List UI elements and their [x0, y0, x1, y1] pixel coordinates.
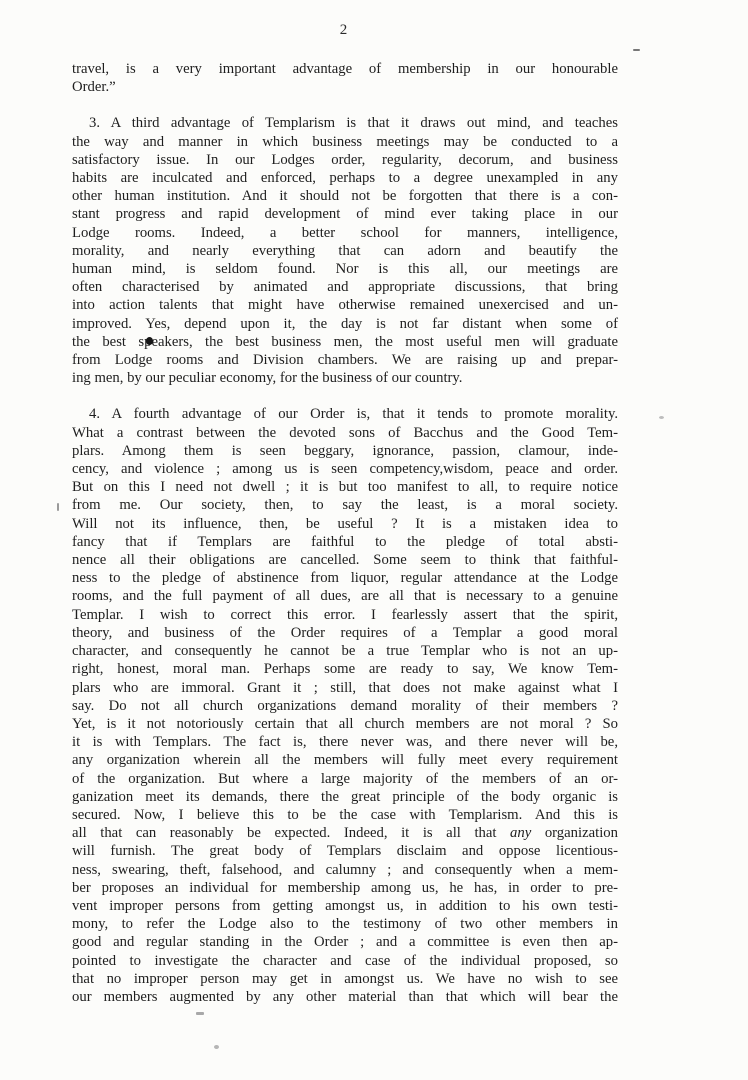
page-text: travel, is a very important advantage of…	[72, 60, 618, 1024]
paragraph: travel, is a very important advantage of…	[72, 60, 618, 96]
text-line: good and regular standing in the Order ;…	[72, 933, 618, 951]
text-line: other human institution. And it should n…	[72, 187, 618, 205]
text-line: fancy that if Templars are faithful to t…	[72, 533, 618, 551]
text-line: it is with Templars. The fact is, there …	[72, 733, 618, 751]
text-line: ness to the pledge of abstinence from li…	[72, 569, 618, 587]
text-line: that no improper person may get in among…	[72, 970, 618, 988]
text-line: character, and consequently he cannot be…	[72, 642, 618, 660]
text-line: ing men, by our peculiar economy, for th…	[72, 369, 618, 387]
text-line: the way and manner in which business mee…	[72, 133, 618, 151]
text-line: our members augmented by any other mater…	[72, 988, 618, 1006]
text-line: ganization meet its demands, there the g…	[72, 788, 618, 806]
page-number: 2	[72, 22, 616, 39]
text-line: stant progress and rapid development of …	[72, 205, 618, 223]
text-line: rooms, and the full payment of all dues,…	[72, 587, 618, 605]
text-line: Templar. I wish to correct this error. I…	[72, 606, 618, 624]
text-line: ness, swearing, theft, falsehood, and ca…	[72, 861, 618, 879]
text-line: improved. Yes, depend upon it, the day i…	[72, 315, 618, 333]
paragraph: 3. A third advantage of Templarism is th…	[72, 114, 618, 387]
text-line: the best speakers, the best business men…	[72, 333, 618, 351]
text-line: pointed to investigate the character and…	[72, 952, 618, 970]
text-line: But on this I need not dwell ; it is but…	[72, 478, 618, 496]
text-line: will furnish. The great body of Templars…	[72, 842, 618, 860]
text-line: mony, to refer the Lodge also to the tes…	[72, 915, 618, 933]
ink-speck-right	[659, 416, 664, 419]
ink-speck-bottom2	[214, 1045, 219, 1049]
scanned-page: 2 travel, is a very important advantage …	[0, 0, 748, 1080]
ink-speck-left	[57, 503, 59, 511]
text-line: say. Do not all church organizations dem…	[72, 697, 618, 715]
text-line: human mind, is seldom found. Nor is this…	[72, 260, 618, 278]
text-line: ber proposes an individual for membershi…	[72, 879, 618, 897]
text-line: from me. Our society, then, to say the l…	[72, 496, 618, 514]
paragraph: 4. A fourth advantage of our Order is, t…	[72, 405, 618, 1006]
text-line: often characterised by animated and appr…	[72, 278, 618, 296]
text-line: any organization wherein all the members…	[72, 751, 618, 769]
text-line: 3. A third advantage of Templarism is th…	[72, 114, 618, 132]
text-line: travel, is a very important advantage of…	[72, 60, 618, 78]
text-line: Order.”	[72, 78, 618, 96]
text-line: habits are inculcated and enforced, perh…	[72, 169, 618, 187]
text-line: What a contrast between the devoted sons…	[72, 424, 618, 442]
text-line: plars. Among them is seen beggary, ignor…	[72, 442, 618, 460]
ink-speck-dash	[633, 49, 640, 51]
text-line: from Lodge rooms and Division chambers. …	[72, 351, 618, 369]
ink-speck-bottom	[196, 1012, 204, 1015]
text-line: all that can reasonably be expected. Ind…	[72, 824, 618, 842]
text-line: nence all their obligations are cancelle…	[72, 551, 618, 569]
text-line: right, honest, moral man. Perhaps some a…	[72, 660, 618, 678]
text-line: Will not its influence, then, be useful …	[72, 515, 618, 533]
text-line: morality, and nearly everything that can…	[72, 242, 618, 260]
text-line: satisfactory issue. In our Lodges order,…	[72, 151, 618, 169]
text-line: into action talents that might have othe…	[72, 296, 618, 314]
text-line: plars who are immoral. Grant it ; still,…	[72, 679, 618, 697]
text-line: Yet, is it not notoriously certain that …	[72, 715, 618, 733]
text-line: theory, and business of the Order requir…	[72, 624, 618, 642]
text-line: vent improper persons from getting among…	[72, 897, 618, 915]
text-line: 4. A fourth advantage of our Order is, t…	[72, 405, 618, 423]
text-line: of the organization. But where a large m…	[72, 770, 618, 788]
text-line: Lodge rooms. Indeed, a better school for…	[72, 224, 618, 242]
text-line: cency, and violence ; among us is seen c…	[72, 460, 618, 478]
ink-blot-speakers	[146, 337, 153, 345]
text-line: secured. Now, I believe this to be the c…	[72, 806, 618, 824]
